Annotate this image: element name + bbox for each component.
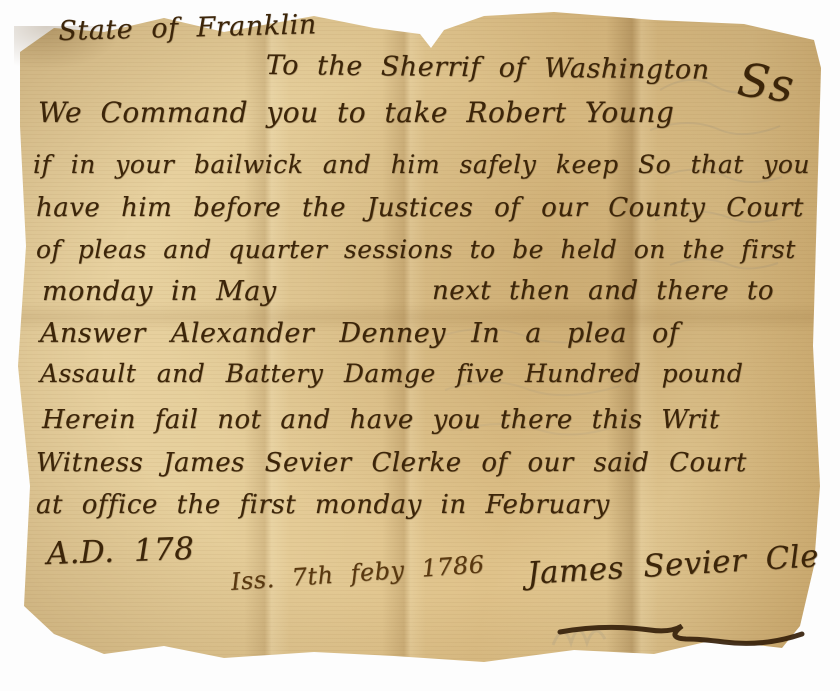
signature-flourish	[556, 608, 816, 648]
body-line-bailwick: if in your bailwick and him safely keep …	[33, 150, 810, 179]
body-line-atoffice: at office the first monday in February	[36, 490, 610, 520]
body-line-sessions: of pleas and quarter sessions to be held…	[36, 235, 796, 264]
body-line-next: next then and there to	[432, 276, 774, 306]
body-line-witness: Witness James Sevier Clerke of our said …	[36, 448, 747, 478]
body-line-herein: Herein fail not and have you there this …	[42, 405, 720, 435]
state-line: State of Franklin	[58, 9, 317, 47]
body-line-justices: have him before the Justices of our Coun…	[36, 193, 804, 223]
handwritten-text-layer: State of Franklin To the Sherrif of Wash…	[0, 0, 840, 691]
document-scan: State of Franklin To the Sherrif of Wash…	[0, 0, 840, 691]
body-line-answer: Answer Alexander Denney In a plea of	[40, 318, 679, 349]
issued-date: Iss. 7th feby 1786	[230, 550, 485, 596]
scilicet-mark: Ss	[734, 52, 797, 113]
body-line-command: We Command you to take Robert Young	[38, 96, 674, 129]
signature-line: James Sevier Cle	[526, 538, 820, 592]
body-line-assault: Assault and Battery Damge five Hundred p…	[40, 359, 743, 388]
addressee-line: To the Sherrif of Washington	[266, 50, 710, 86]
year-line: A.D. 178	[46, 531, 195, 572]
body-line-monday: monday in May	[42, 276, 277, 307]
